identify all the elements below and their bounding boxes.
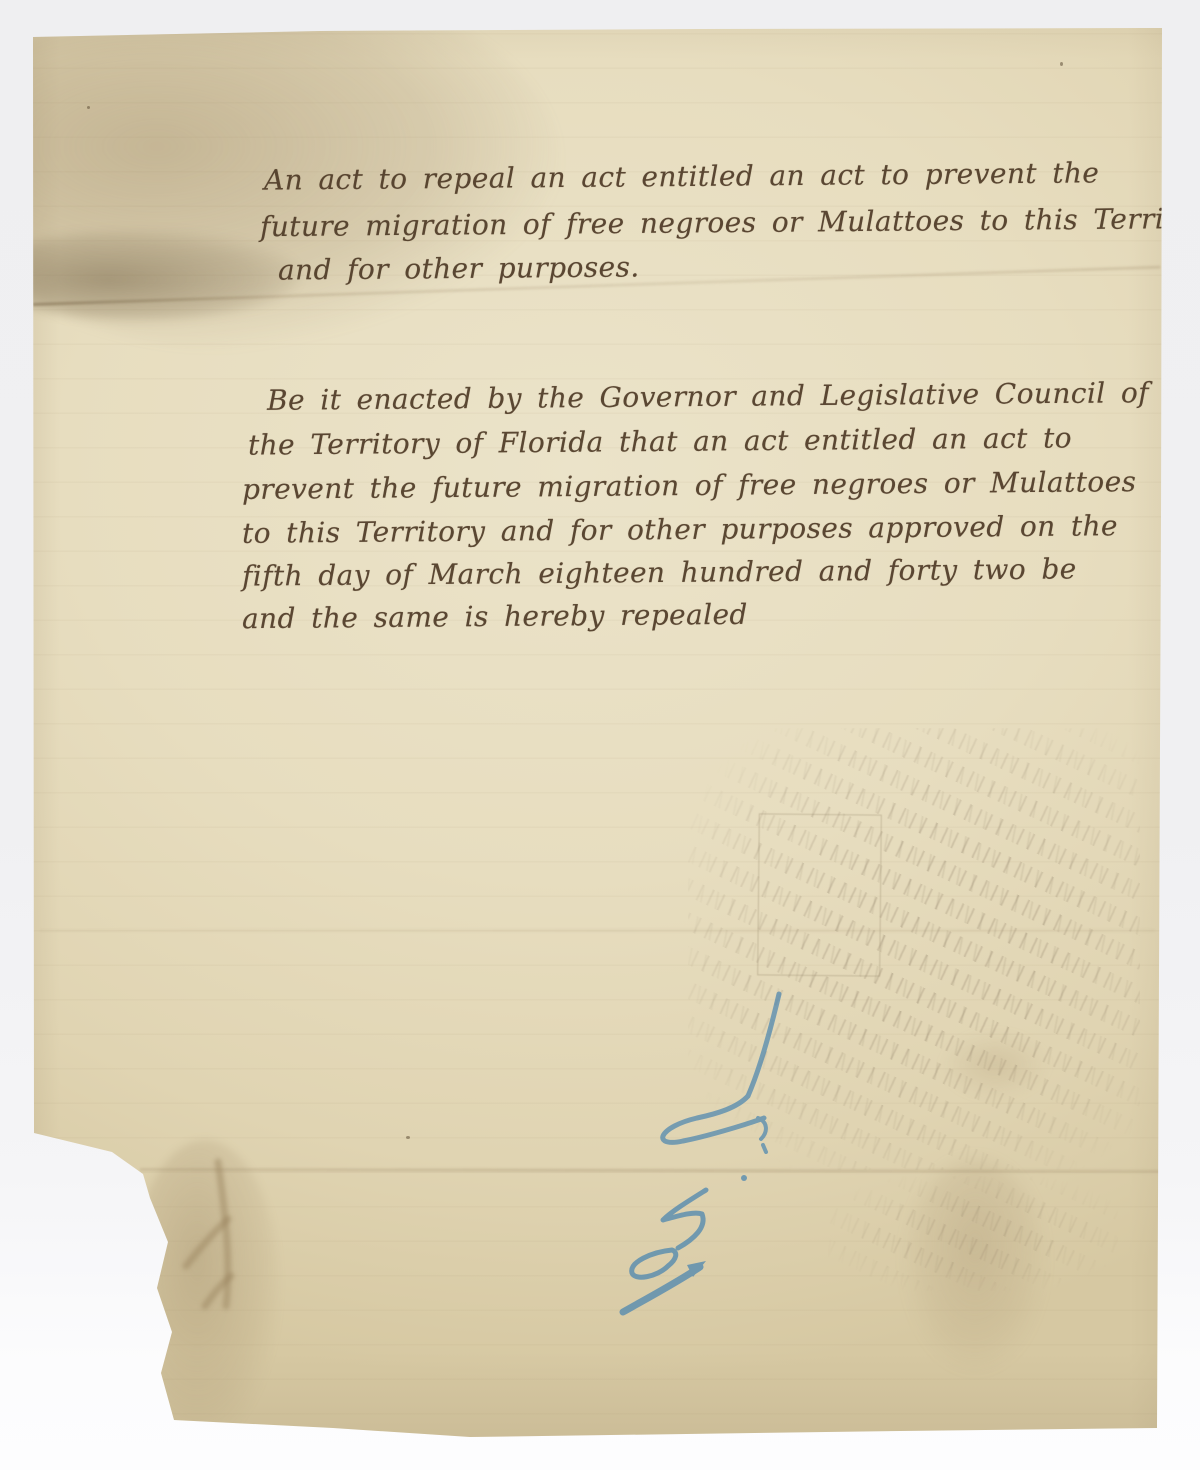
tear-drip-stain — [186, 1162, 231, 1306]
blue-pencil-mark-lower — [623, 1175, 747, 1312]
ink-speck — [87, 106, 90, 109]
scan-background: { "scan": { "background_color": "#f0f0f2… — [0, 0, 1200, 1470]
blue-pencil-annotations — [0, 0, 1200, 1470]
ink-speck — [1060, 62, 1063, 66]
document-page: An act to repeal an act entitled an act … — [0, 0, 1200, 1470]
ink-speck — [406, 1136, 410, 1139]
blue-pencil-mark-upper — [663, 994, 779, 1152]
